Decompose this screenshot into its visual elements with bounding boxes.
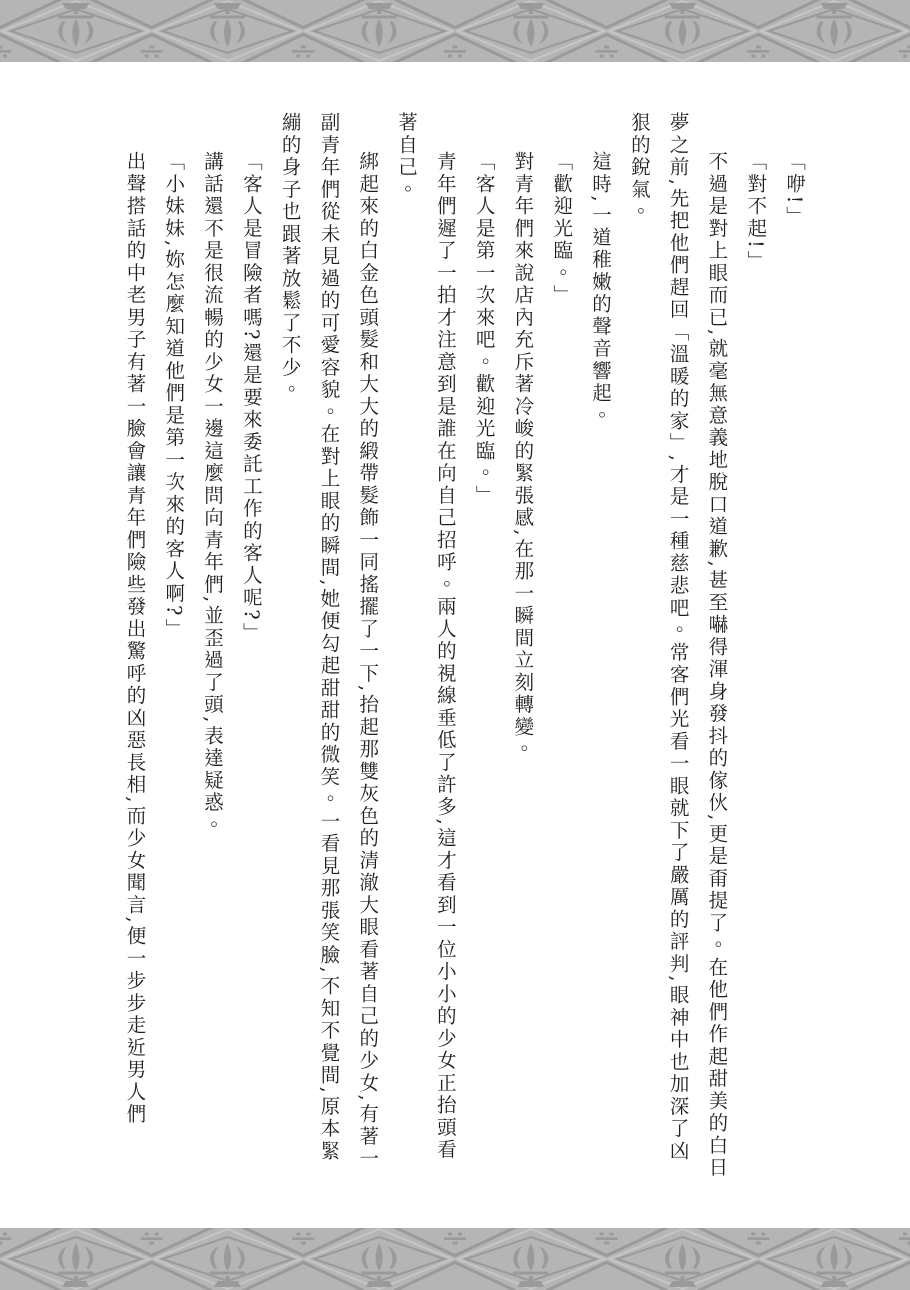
page-text: 「咿!」 「對不起!」 不過是對上眼而已,就毫無意義地脫口道歉,甚至嚇得渾身發抖… xyxy=(115,112,813,1180)
paragraph-10: 「客人是冒險者嗎?還是要來委託工作的客人呢?」 xyxy=(231,112,270,1180)
novel-page: 「咿!」 「對不起!」 不過是對上眼而已,就毫無意義地脫口道歉,甚至嚇得渾身發抖… xyxy=(0,0,910,1290)
paragraph-3: 不過是對上眼而已,就毫無意義地脫口道歉,甚至嚇得渾身發抖的傢伙,更是甭提了。在他… xyxy=(619,112,735,1180)
paragraph-1: 「咿!」 xyxy=(774,112,813,1180)
paragraph-11: 講話還不是很流暢的少女一邊這麼問向青年們,並歪過了頭,表達疑惑。 xyxy=(192,112,231,1180)
decorative-border-top xyxy=(0,0,910,62)
paragraph-12: 「小妹妹,妳怎麼知道他們是第一次來的客人啊?」 xyxy=(153,112,192,1180)
paragraph-2: 「對不起!」 xyxy=(735,112,774,1180)
paragraph-13: 出聲搭話的中老男子有著一臉會讓青年們險些發出驚呼的凶惡長相,而少女聞言,便一步步… xyxy=(115,112,154,1180)
paragraph-8: 青年們遲了一拍才注意到是誰在向自己招呼。兩人的視線垂低了許多,這才看到一位小小的… xyxy=(386,112,464,1180)
decorative-border-bottom xyxy=(0,1228,910,1290)
paragraph-6: 對青年們來說店內充斥著冷峻的緊張感,在那一瞬間立刻轉變。 xyxy=(503,112,542,1180)
paragraph-7: 「客人是第一次來吧。歡迎光臨。」 xyxy=(464,112,503,1180)
paragraph-9: 綁起來的白金色頭髮和大大的緞帶髮飾一同搖擺了一下,抬起那雙灰色的清澈大眼看著自己… xyxy=(270,112,386,1180)
paragraph-4: 這時,一道稚嫩的聲音響起。 xyxy=(580,112,619,1180)
paragraph-5: 「歡迎光臨。」 xyxy=(541,112,580,1180)
